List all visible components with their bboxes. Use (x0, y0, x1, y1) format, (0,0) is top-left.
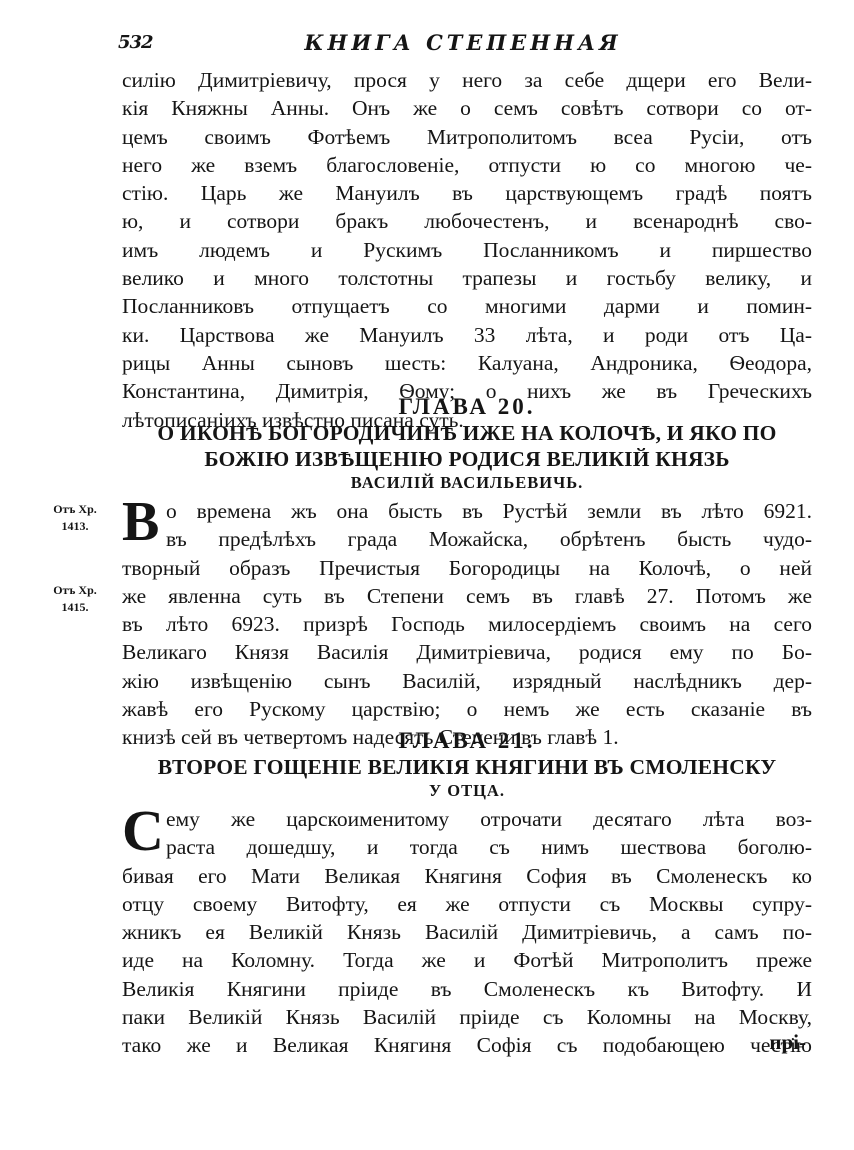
chapter-title-line: О ИКОНѢ БОГОРОДИЧИНѢ ИЖЕ НА КОЛОЧѢ, И ЯК… (122, 420, 812, 446)
book-title: КНИГА СТЕПЕННАЯ (118, 30, 808, 55)
chapter-label: ГЛАВА 21. (122, 728, 812, 754)
text-line: кія Княжны Анны. Онъ же о семъ совѣтъ со… (122, 94, 812, 122)
text-line: въ предѣлѣхъ града Можайска, обрѣтенъ бы… (122, 525, 812, 553)
chapter-label: ГЛАВА 20. (122, 394, 812, 420)
text-line: ю, и сотвори бракъ любочестенъ, и всенар… (122, 207, 812, 235)
margin-note-year-value: 1415. (40, 599, 110, 616)
text-line: Посланниковъ отпущаетъ со многими дарми … (122, 292, 812, 320)
chapter-title-line: ВАСИЛІЙ ВАСИЛЬЕВИЧЬ. (122, 472, 812, 494)
text-line: Великія Княгини пріиде въ Смоленескъ къ … (122, 975, 812, 1003)
text-line: силію Димитріевичу, прося у него за себе… (122, 66, 812, 94)
text-line: цемъ своимъ Фотѣемъ Митрополитомъ всеа Р… (122, 123, 812, 151)
text-line: стію. Царь же Мануилъ въ царствующемъ гр… (122, 179, 812, 207)
book-page: 532 КНИГА СТЕПЕННАЯ силію Димитріевичу, … (0, 0, 854, 1150)
text-line: жавѣ его Рускому царствію; о немъ же ест… (122, 695, 812, 723)
text-line: раста дошедшу, и тогда съ нимъ шествова … (122, 833, 812, 861)
text-line: тако же и Великая Княгиня Софія съ подоб… (122, 1031, 812, 1059)
text-line: жникъ ея Великій Князь Василій Димитріев… (122, 918, 812, 946)
text-line: Великаго Князя Василія Димитріевича, род… (122, 638, 812, 666)
text-line: жію извѣщенію сынъ Василій, изрядный нас… (122, 667, 812, 695)
margin-note-year: Отъ Хр. 1413. (40, 501, 110, 535)
paragraph-2: о времена жъ она бысть въ Рустѣй земли в… (122, 497, 812, 752)
margin-note-year-value: 1413. (40, 518, 110, 535)
text-line: отцу своему Витофту, ея же отпусти съ Мо… (122, 890, 812, 918)
text-line: творный образъ Пречистыя Богородицы на К… (122, 554, 812, 582)
text-line: же явленна суть въ Степени семъ въ главѣ… (122, 582, 812, 610)
text-line: имъ людемъ и Рускимъ Посланникомъ и пирш… (122, 236, 812, 264)
text-line: паки Великій Князь Василій пріиде съ Кол… (122, 1003, 812, 1031)
chapter-title-line: У ОТЦА. (122, 780, 812, 802)
margin-note-label: Отъ Хр. (40, 582, 110, 599)
chapter-title-line: ВТОРОЕ ГОЩЕНІЕ ВЕЛИКІЯ КНЯГИНИ ВЪ СМОЛЕН… (122, 754, 812, 780)
catchword: прі- (769, 1030, 806, 1055)
text-line: велико и много толстотны трапезы и гость… (122, 264, 812, 292)
margin-note-year: Отъ Хр. 1415. (40, 582, 110, 616)
text-line: бивая его Мати Великая Княгиня София въ … (122, 862, 812, 890)
text-line: него же вземъ благословеніе, отпусти ю с… (122, 151, 812, 179)
text-line: рицы Анны сыновъ шесть: Калуана, Андрони… (122, 349, 812, 377)
chapter-21-heading: ГЛАВА 21. ВТОРОЕ ГОЩЕНІЕ ВЕЛИКІЯ КНЯГИНИ… (122, 728, 812, 802)
margin-note-label: Отъ Хр. (40, 501, 110, 518)
chapter-20-heading: ГЛАВА 20. О ИКОНѢ БОГОРОДИЧИНѢ ИЖЕ НА КО… (122, 394, 812, 494)
paragraph-1: силію Димитріевичу, прося у него за себе… (122, 66, 812, 434)
text-line: въ лѣто 6923. призрѣ Господь милосердіем… (122, 610, 812, 638)
paragraph-3: ему же царскоименитому отрочати десятаго… (122, 805, 812, 1060)
text-line: ки. Царствова же Мануилъ 33 лѣта, и роди… (122, 321, 812, 349)
text-line: ему же царскоименитому отрочати десятаго… (122, 805, 812, 833)
running-head: 532 КНИГА СТЕПЕННАЯ (118, 30, 818, 56)
chapter-title-line: БОЖІЮ ИЗВѢЩЕНІЮ РОДИСЯ ВЕЛИКІЙ КНЯЗЬ (122, 446, 812, 472)
text-line: иде на Коломну. Тогда же и Фотѣй Митропо… (122, 946, 812, 974)
text-line: о времена жъ она бысть въ Рустѣй земли в… (122, 497, 812, 525)
